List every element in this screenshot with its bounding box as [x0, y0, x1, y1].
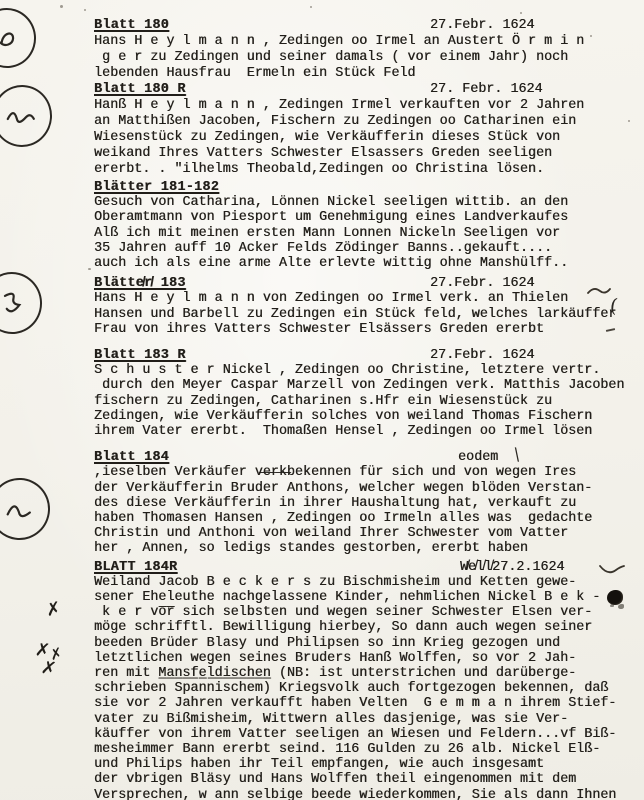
entry-date: 27.Febr. 1624	[430, 348, 534, 363]
text-column: Blatt 180 27.Febr. 1624 Hans H e y l m a…	[94, 18, 642, 800]
entry-heading-row: Blatt 184 eodem	[94, 450, 642, 465]
entry-date: eodem	[458, 450, 498, 465]
margin-circled-scribble-2	[0, 83, 54, 149]
scribble-stroke	[2, 495, 37, 523]
entry-body-text: Weiland Jacob B e c k e r s zu Bischmish…	[94, 575, 642, 800]
margin-circled-scribble-3	[0, 268, 46, 338]
margin-circled-scribble-1	[0, 5, 39, 71]
scan-speck	[520, 12, 522, 14]
entry-blatt-180: Blatt 180 27.Febr. 1624 Hans H e y l m a…	[94, 18, 642, 82]
entry-blatt-184: Blatt 184 eodem ,ieselben Verkäufer v̶e̶…	[94, 450, 642, 556]
entry-body-text: Hanß H e y l m a n n , Zedingen Irmel ve…	[94, 98, 642, 178]
entry-body-text: Hans H e y l m a n n , Zedingen oo Irmel…	[94, 34, 642, 82]
entry-heading: Blatt 184	[94, 450, 169, 465]
entry-blaetter-181-182: Blätter 181-182 Gesuch von Catharina, Lö…	[94, 180, 642, 271]
entry-blatt-183r: Blatt 183 R 27.Febr. 1624 S c h u s t e …	[94, 348, 642, 439]
entry-date: 27.Febr. 1624	[430, 18, 534, 34]
entry-heading-row: Blatt 183 R 27.Febr. 1624	[94, 348, 642, 363]
entry-date: 27. Febr. 1624	[430, 82, 543, 98]
entry-heading-row: Blätte̸r̸ 183 27.Febr. 1624	[94, 276, 642, 291]
scan-speck	[88, 268, 91, 270]
margin-x-mark: ✗	[40, 659, 58, 679]
entry-body-text: Hans H e y l m a n n von Zedingen oo Irm…	[94, 291, 642, 337]
entry-heading-row: Blatt 180 27.Febr. 1624	[94, 18, 642, 34]
entry-heading: Blatt 180 R	[94, 82, 186, 97]
scribble-stroke	[0, 23, 25, 52]
entry-heading: Blatt 183 R	[94, 348, 186, 363]
entry-heading: Blätte̸r̸ 183	[94, 276, 186, 291]
entry-date: 27.Febr. 1624	[430, 276, 534, 291]
scan-speck	[60, 5, 63, 8]
entry-body-text: ,ieselben Verkäufer v̶e̶r̶k̶bekennen für…	[94, 465, 642, 556]
scribble-stroke	[0, 287, 29, 319]
entry-heading: Blatt 180	[94, 18, 169, 33]
entry-heading: BLATT 184R	[94, 560, 177, 575]
entry-heading-row: Blatt 180 R 27. Febr. 1624	[94, 82, 642, 98]
entry-body-text: S c h u s t e r Nickel , Zedingen oo Chr…	[94, 363, 642, 439]
scribble-stroke	[3, 103, 41, 129]
entry-blatt-180r: Blatt 180 R 27. Febr. 1624 Hanß H e y l …	[94, 82, 642, 178]
entry-blatt-184r: BLATT 184R W̸e̸l̸l̸27.2.1624 Weiland Jac…	[94, 560, 642, 800]
margin-x-mark: ✗	[45, 600, 63, 620]
scan-speck	[84, 9, 86, 11]
margin-circled-scribble-4	[0, 476, 52, 541]
entry-heading-row: BLATT 184R W̸e̸l̸l̸27.2.1624	[94, 560, 642, 575]
scanned-document-page: ✗ ✗ ✗ ✗ ( \ Blatt 180 27.Febr. 1624 Hans…	[0, 0, 644, 800]
entry-date: W̸e̸l̸l̸27.2.1624	[460, 560, 564, 575]
entry-blaetter-183: Blätte̸r̸ 183 27.Febr. 1624 Hans H e y l…	[94, 276, 642, 337]
entry-body-text: Gesuch von Catharina, Lönnen Nickel seel…	[94, 195, 642, 271]
scan-speck	[310, 6, 312, 8]
entry-heading-row: Blätter 181-182	[94, 180, 642, 195]
entry-heading: Blätter 181-182	[94, 180, 219, 195]
